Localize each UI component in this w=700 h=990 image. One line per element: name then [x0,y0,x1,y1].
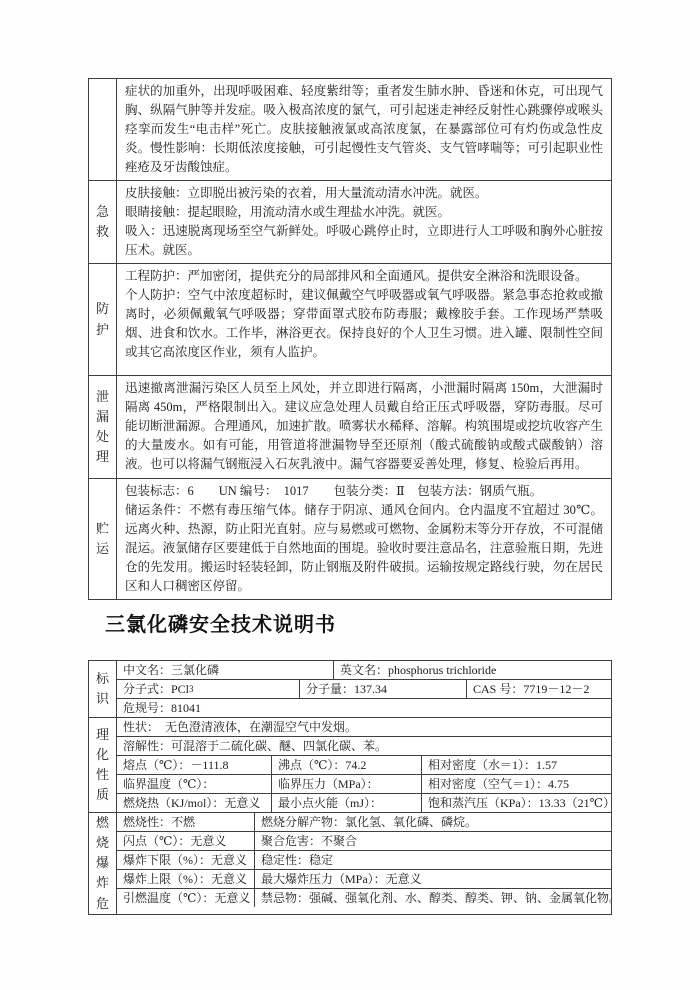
identification-section: 标识 中文名：三氯化磷 英文名：phosphorus trichloride 分… [89,661,611,717]
pcl3-data-table: 标识 中文名：三氯化磷 英文名：phosphorus trichloride 分… [88,660,612,915]
physical-properties-section: 理化性质 性状： 无色澄清液体，在潮湿空气中发烟。 溶解性：可混溶于二硫化碳、醚… [89,717,611,812]
storage-transport-row: 贮运 包装标志：6 UN 编号： 1017 包装分类：Ⅱ 包装方法：钢质气瓶。 … [89,478,611,599]
health-hazard-continuation-row: 症状的加重外，出现呼吸困难、轻度紫绀等；重者发生肺水肿、昏迷和休克，可出现气胸、… [89,79,611,180]
polymerization-hazard-cell: 聚合危害：不聚合 [254,832,611,850]
protection-row: 防护 工程防护：严加密闭，提供充分的局部排风和全面通风。提供安全淋浴和洗眼设备。… [89,263,611,375]
row-header-leak-handling: 泄漏处理 [89,376,117,478]
melting-point-cell: 熔点（℃）：－111.8 [117,756,271,774]
critical-pressure-cell: 临界压力（MPa）： [271,775,421,793]
leak-handling-text: 迅速撤离泄漏污染区人员至上风处，并立即进行隔离，小泄漏时隔离 150m，大泄漏时… [117,376,611,478]
section-header-fire-explosion: 燃烧爆炸危 [89,813,117,914]
molecular-weight-cell: 分子量：137.34 [299,680,466,698]
row-header-label: 急救 [96,202,109,242]
table-row: 爆炸下限（%）：无意义 稳定性：稳定 [117,850,611,869]
table-row: 中文名：三氯化磷 英文名：phosphorus trichloride [117,661,611,679]
fire-explosion-rows: 燃烧性：不燃 燃烧分解产物：氯化氢、氧化磷、磷烷。 闪点（℃）：无意义 聚合危害… [117,813,611,914]
page-title: 三氯化磷安全技术说明书 [105,608,336,637]
section-header-identification: 标识 [89,661,117,717]
formula-text: 分子式：PCl [123,681,189,697]
table-row: 分子式：PCl3 分子量：137.34 CAS 号：7719－12－2 [117,679,611,698]
hazard-number-cell: 危规号：81041 [117,699,611,717]
row-header-storage-transport: 贮运 [89,479,117,599]
saturated-vapor-pressure-cell: 饱和蒸汽压（KPa）：13.33（21℃） [421,794,611,812]
table-row: 燃烧性：不燃 燃烧分解产物：氯化氢、氧化磷、磷烷。 [117,813,611,831]
relative-density-air-cell: 相对密度（空气＝1）：4.75 [421,775,611,793]
table-row: 临界温度（℃）： 临界压力（MPa）： 相对密度（空气＝1）：4.75 [117,774,611,793]
section-header-label: 标识 [96,669,109,709]
combustion-heat-cell: 燃烧热（KJ/mol）：无意义 [117,794,271,812]
msds-page: 症状的加重外，出现呼吸困难、轻度紫绀等；重者发生肺水肿、昏迷和休克，可出现气胸、… [0,0,700,990]
english-name-cell: 英文名：phosphorus trichloride [333,661,611,679]
paragraph: 吸入：迅速脱离现场至空气新鲜处。呼吸心跳停止时，立即进行人工呼吸和胸外心脏按压术… [125,222,603,260]
molecular-formula-cell: 分子式：PCl3 [117,680,299,698]
table-row: 溶解性：可混溶于二硫化碳、醚、四氯化碳、苯。 [117,736,611,755]
ignition-temperature-cell: 引燃温度（℃）：无意义 [117,889,254,907]
chinese-name-cell: 中文名：三氯化磷 [117,661,333,679]
paragraph: 迅速撤离泄漏污染区人员至上风处，并立即进行隔离，小泄漏时隔离 150m，大泄漏时… [125,379,603,474]
table-row: 性状： 无色澄清液体，在潮湿空气中发烟。 [117,718,611,736]
section-header-label: 理化性质 [96,725,109,806]
paragraph: 包装标志：6 UN 编号： 1017 包装分类：Ⅱ 包装方法：钢质气瓶。 [125,482,603,501]
chlorine-hazard-table: 症状的加重外，出现呼吸困难、轻度紫绀等；重者发生肺水肿、昏迷和休克，可出现气胸、… [88,78,612,600]
table-row: 闪点（℃）：无意义 聚合危害：不聚合 [117,831,611,850]
protection-text: 工程防护：严加密闭，提供充分的局部排风和全面通风。提供安全淋浴和洗眼设备。 个人… [117,264,611,375]
section-header-physical: 理化性质 [89,718,117,812]
paragraph: 工程防护：严加密闭，提供充分的局部排风和全面通风。提供安全淋浴和洗眼设备。 [125,267,603,286]
critical-temperature-cell: 临界温度（℃）： [117,775,271,793]
row-header-protection: 防护 [89,264,117,375]
paragraph: 储运条件：不燃有毒压缩气体。储存于阴凉、通风仓间内。仓内温度不宜超过 30℃。远… [125,501,603,596]
health-hazard-text: 症状的加重外，出现呼吸困难、轻度紫绀等；重者发生肺水肿、昏迷和休克，可出现气胸、… [117,79,611,180]
boiling-point-cell: 沸点（℃）：74.2 [271,756,421,774]
physical-properties-rows: 性状： 无色澄清液体，在潮湿空气中发烟。 溶解性：可混溶于二硫化碳、醚、四氯化碳… [117,718,611,812]
table-row: 熔点（℃）：－111.8 沸点（℃）：74.2 相对密度（水＝1）：1.57 [117,755,611,774]
explosion-upper-limit-cell: 爆炸上限（%）：无意义 [117,870,254,888]
table-row: 引燃温度（℃）：无意义 禁忌物：强碱、强氧化剂、水、醇类、醇类、钾、钠、金属氧化… [117,888,611,907]
leak-handling-row: 泄漏处理 迅速撤离泄漏污染区人员至上风处，并立即进行隔离，小泄漏时隔离 150m… [89,375,611,478]
row-header-label: 防护 [96,299,109,339]
paragraph: 症状的加重外，出现呼吸困难、轻度紫绀等；重者发生肺水肿、昏迷和休克，可出现气胸、… [125,82,603,177]
incompatibles-cell: 禁忌物：强碱、强氧化剂、水、醇类、醇类、钾、钠、金属氧化物。 [254,889,611,907]
first-aid-row: 急救 皮肤接触：立即脱出被污染的衣着，用大量流动清水冲洗。就医。 眼睛接触：提起… [89,180,611,263]
appearance-cell: 性状： 无色澄清液体，在潮湿空气中发烟。 [117,718,611,736]
paragraph: 个人防护：空气中浓度超标时，建议佩戴空气呼吸器或氧气呼吸器。紧急事态抢救或撤离时… [125,286,603,362]
cas-number-cell: CAS 号：7719－12－2 [466,680,611,698]
paragraph: 皮肤接触：立即脱出被污染的衣着，用大量流动清水冲洗。就医。 [125,184,603,203]
flash-point-cell: 闪点（℃）：无意义 [117,832,254,850]
section-header-label: 燃烧爆炸危 [96,813,109,914]
first-aid-text: 皮肤接触：立即脱出被污染的衣着，用大量流动清水冲洗。就医。 眼睛接触：提起眼睑，… [117,181,611,263]
table-row: 爆炸上限（%）：无意义 最大爆炸压力（MPa）：无意义 [117,869,611,888]
row-header-first-aid: 急救 [89,181,117,263]
storage-transport-text: 包装标志：6 UN 编号： 1017 包装分类：Ⅱ 包装方法：钢质气瓶。 储运条… [117,479,611,599]
stability-cell: 稳定性：稳定 [254,851,611,869]
solubility-cell: 溶解性：可混溶于二硫化碳、醚、四氯化碳、苯。 [117,737,611,755]
row-header-label: 贮运 [96,519,109,559]
row-header-empty [89,79,117,180]
relative-density-water-cell: 相对密度（水＝1）：1.57 [421,756,611,774]
decomposition-products-cell: 燃烧分解产物：氯化氢、氧化磷、磷烷。 [254,813,611,831]
flammability-cell: 燃烧性：不燃 [117,813,254,831]
identification-rows: 中文名：三氯化磷 英文名：phosphorus trichloride 分子式：… [117,661,611,717]
table-row: 危规号：81041 [117,698,611,717]
fire-explosion-section: 燃烧爆炸危 燃烧性：不燃 燃烧分解产物：氯化氢、氧化磷、磷烷。 闪点（℃）：无意… [89,812,611,914]
min-ignition-energy-cell: 最小点火能（mJ）： [271,794,421,812]
max-explosion-pressure-cell: 最大爆炸压力（MPa）：无意义 [254,870,611,888]
table-row: 燃烧热（KJ/mol）：无意义 最小点火能（mJ）： 饱和蒸汽压（KPa）：13… [117,793,611,812]
paragraph: 眼睛接触：提起眼睑，用流动清水或生理盐水冲洗。就医。 [125,203,603,222]
row-header-label: 泄漏处理 [96,387,109,468]
explosion-lower-limit-cell: 爆炸下限（%）：无意义 [117,851,254,869]
